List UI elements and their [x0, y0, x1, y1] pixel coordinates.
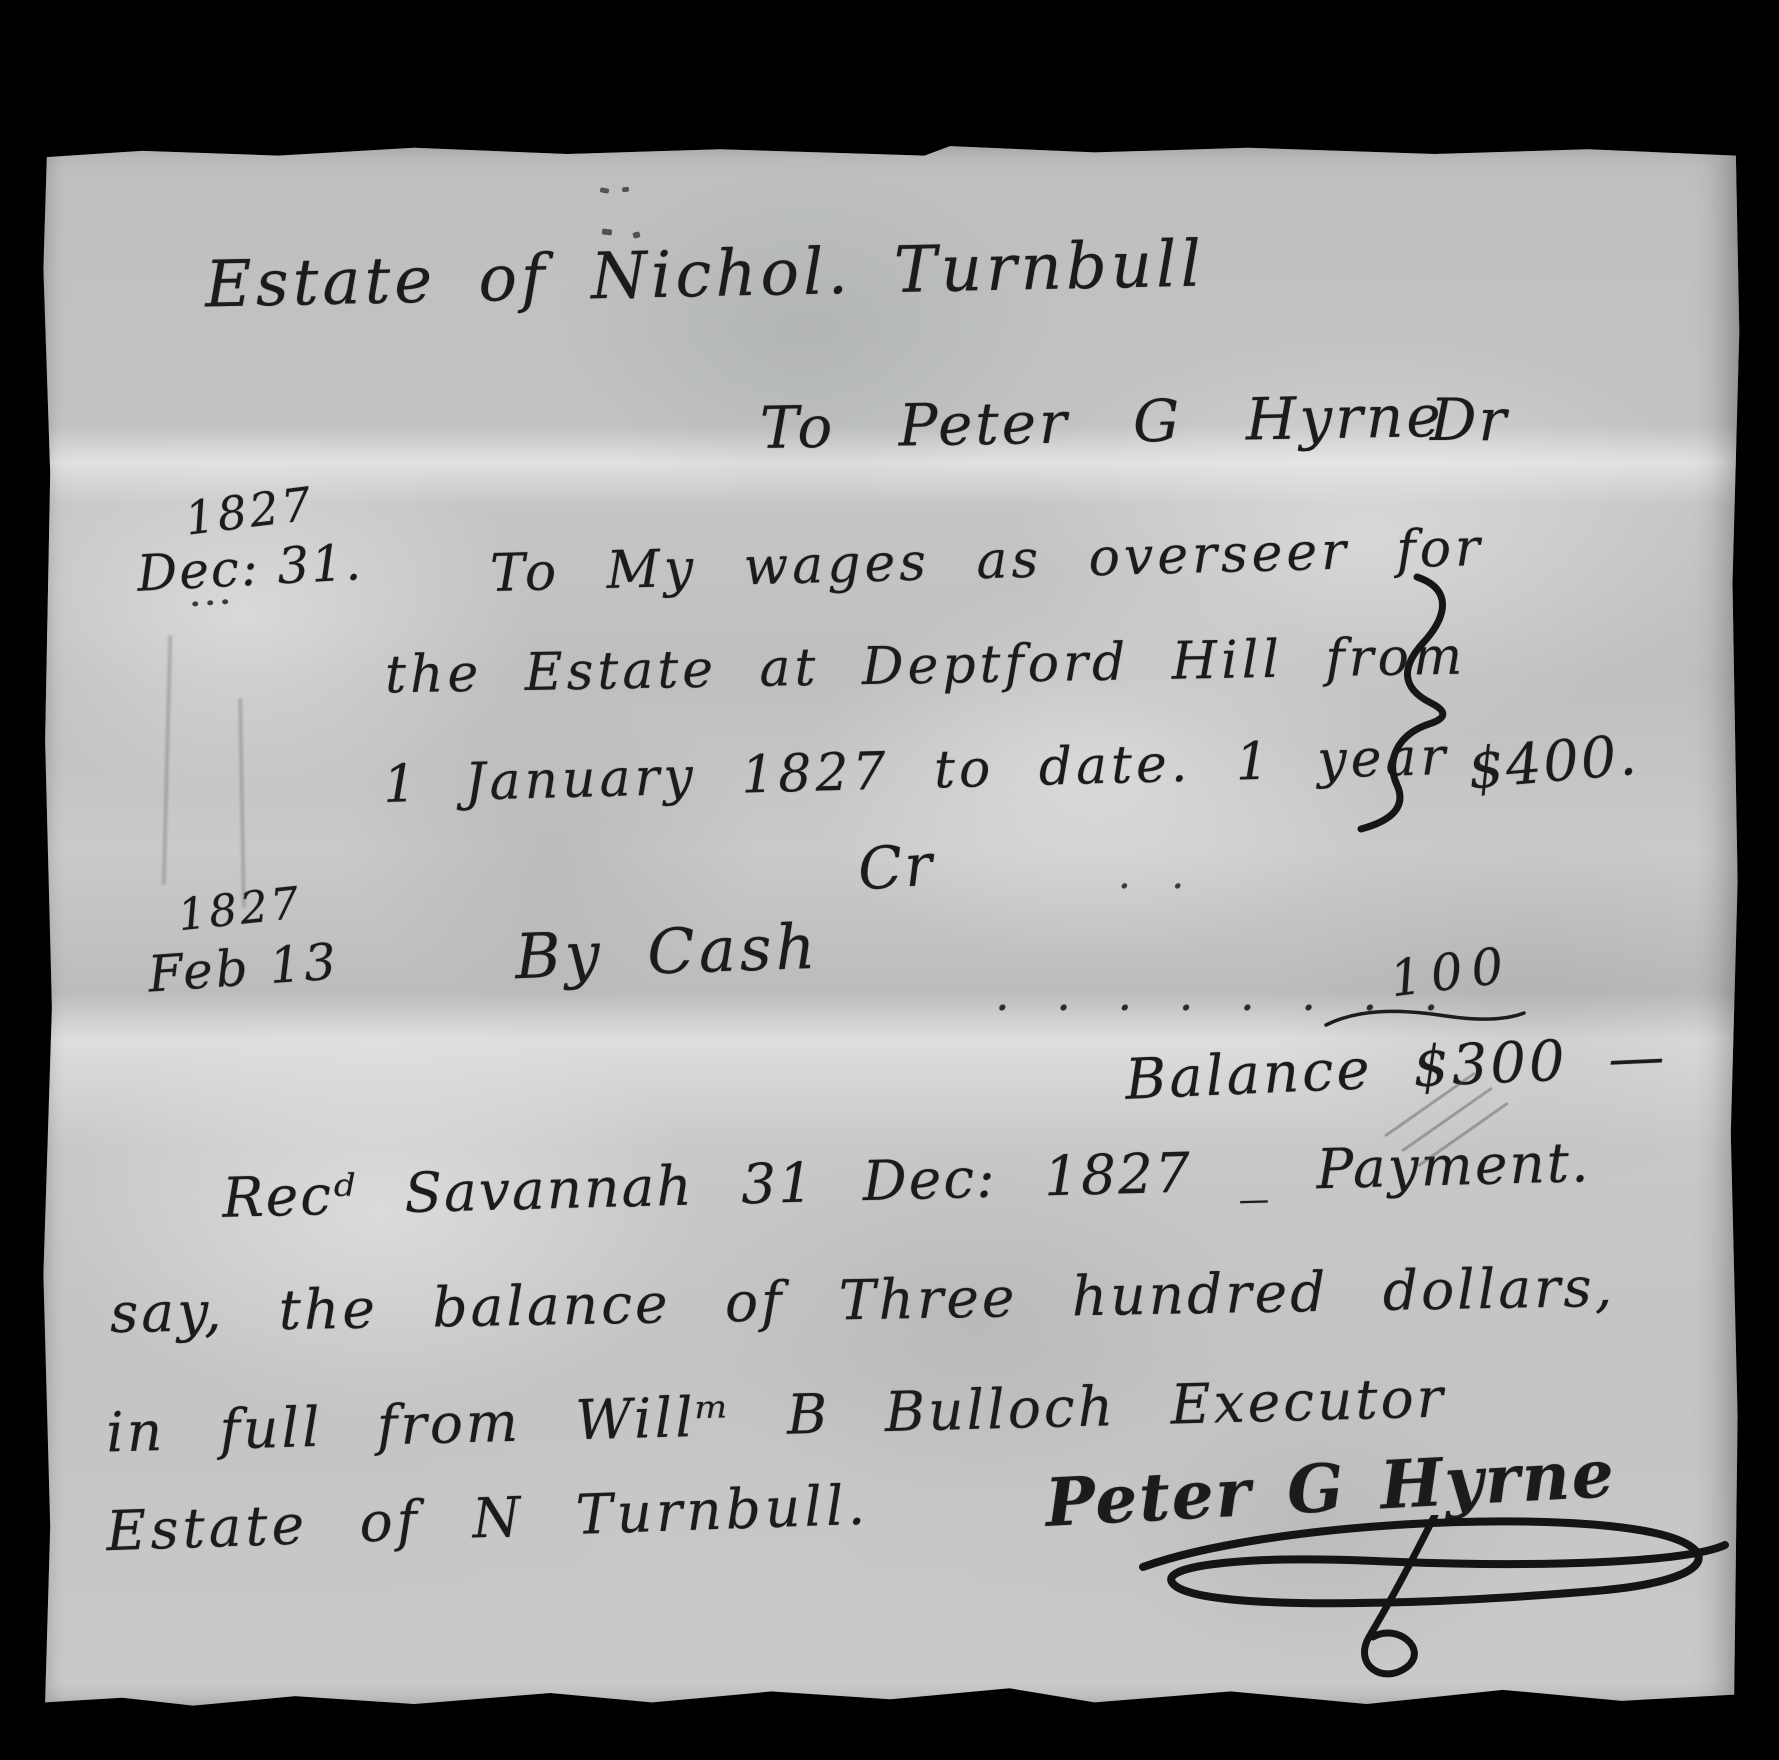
credit-year: 1827 [176, 882, 304, 939]
receipt-line-1: Recᵈ Savannah 31 Dec: 1827 _ Payment. [222, 1135, 1592, 1226]
ink-dots-mark [191, 588, 237, 610]
estate-title: Estate of Nichol. Turnbull [204, 233, 1205, 318]
balance-dash: — [1607, 1024, 1669, 1092]
curly-brace-glyph [1355, 573, 1475, 833]
credit-date: Feb 13 [146, 936, 340, 999]
receipt-line-3: in full from Willᵐ B Bulloch Executor [106, 1370, 1447, 1460]
debit-dr-abbrev: Dr [1430, 391, 1508, 449]
debit-date: Dec: 31. [136, 537, 364, 599]
signature-flourish [1125, 1515, 1745, 1715]
balance-line: Balance $300 — [1124, 1029, 1668, 1109]
debit-year: 1827 [183, 480, 317, 541]
ink-speck [600, 187, 610, 193]
document-paper: Estate of Nichol. Turnbull To Peter G Hy… [40, 143, 1741, 1715]
ink-speck [602, 228, 613, 235]
credit-header: Cr [856, 835, 936, 898]
smudge-mark [238, 698, 246, 908]
smudge-mark [162, 635, 173, 885]
debit-to-line: To Peter G Hyrne [760, 387, 1445, 457]
credit-header-dots: . . [1118, 855, 1198, 895]
ink-speck [622, 187, 630, 193]
receipt-line-2: say, the balance of Three hundred dollar… [110, 1260, 1616, 1341]
debit-amount: $400. [1466, 728, 1641, 799]
balance-label: Balance [1124, 1037, 1374, 1113]
swash-stroke [1320, 1001, 1530, 1035]
ink-speck [632, 231, 640, 239]
debit-entry-line-1: To My wages as overseer for [489, 522, 1484, 600]
debit-entry-line-3: 1 January 1827 to date. 1 year [383, 731, 1450, 811]
debit-entry-line-2: the Estate at Deptford Hill from [385, 631, 1467, 702]
receipt-line-4: Estate of N Turnbull. [105, 1478, 870, 1560]
credit-amount: 100 [1387, 940, 1515, 1005]
scan-background: Estate of Nichol. Turnbull To Peter G Hy… [0, 0, 1779, 1760]
credit-entry: By Cash [514, 916, 820, 989]
